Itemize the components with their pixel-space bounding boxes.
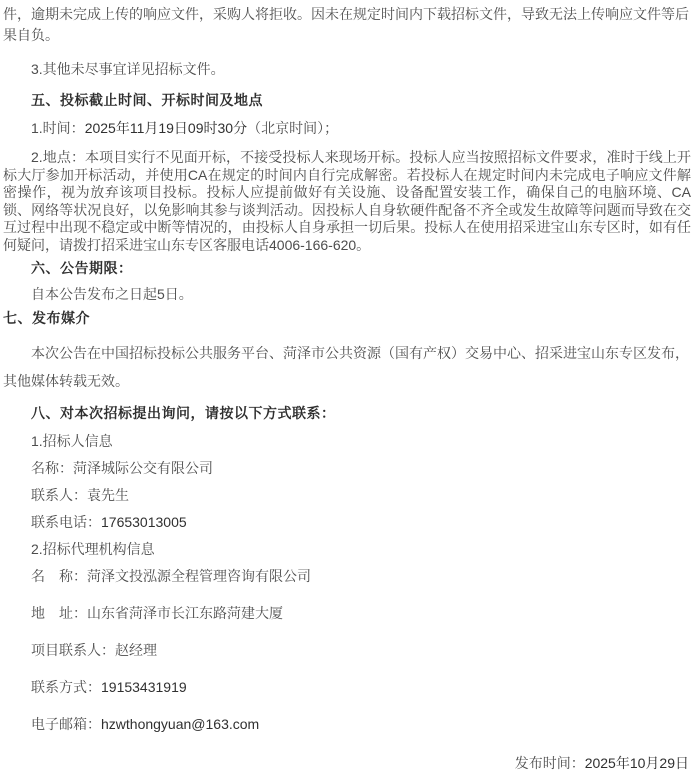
section-notice-period-heading: 六、公告期限： [3,258,691,279]
media-paragraph: 本次公告在中国招标投标公共服务平台、菏泽市公共资源（国有产权）交易中心、招采进宝… [3,339,691,395]
agency-contact-value: 赵经理 [115,642,157,658]
agency-phone-row: 联系方式：19153431919 [3,677,691,698]
intro-continuation-text: 件，逾期未完成上传的响应文件，采购人将拒收。因未在规定时间内下载招标文件，导致无… [3,4,691,46]
agency-name-row: 名 称：菏泽文投泓源全程管理咨询有限公司 [3,566,691,587]
tenderer-phone-row: 联系电话：17653013005 [3,512,691,533]
notice-period-text: 自本公告发布之日起5日。 [3,284,691,305]
tender-announcement-page: 件，逾期未完成上传的响应文件，采购人将拒收。因未在规定时间内下载招标文件，导致无… [0,0,697,780]
bid-time-value: 2025年11月19日09时30分 [85,120,247,136]
agency-contact-label: 项目联系人： [31,642,115,658]
agency-email-value: hzwthongyuan@163.com [101,716,259,732]
agency-address-row: 地 址：山东省菏泽市长江东路菏建大厦 [3,603,691,624]
section-contact-heading: 八、对本次招标提出询问，请按以下方式联系： [3,403,691,424]
tenderer-contact-value: 袁先生 [87,487,129,503]
publish-date-value: 2025年10月29日 [585,755,689,771]
tenderer-contact-row: 联系人：袁先生 [3,485,691,506]
publish-date-label: 发布时间： [515,755,585,771]
agency-name-label: 名 称： [31,568,87,584]
bid-deadline-time-line: 1.时间：2025年11月19日09时30分（北京时间）； [3,118,691,139]
agency-info-title: 2.招标代理机构信息 [3,539,691,560]
tenderer-name-label: 名称： [31,460,73,476]
agency-name-value: 菏泽文投泓源全程管理咨询有限公司 [87,568,311,584]
agency-address-value: 山东省菏泽市长江东路菏建大厦 [87,605,283,621]
agency-phone-value: 19153431919 [101,679,187,695]
other-matters-text: 3.其他未尽事宜详见招标文件。 [3,59,691,80]
tenderer-contact-label: 联系人： [31,487,87,503]
tenderer-info-title: 1.招标人信息 [3,431,691,452]
agency-contact-row: 项目联系人：赵经理 [3,640,691,661]
section-media-heading: 七、发布媒介 [3,308,691,329]
tenderer-phone-value: 17653013005 [101,514,187,530]
section-deadline-heading: 五、投标截止时间、开标时间及地点 [3,90,691,111]
bid-time-label: 1.时间： [31,120,85,136]
agency-address-label: 地 址： [31,605,87,621]
agency-email-row: 电子邮箱：hzwthongyuan@163.com [3,714,691,735]
tenderer-phone-label: 联系电话： [31,514,101,530]
agency-phone-label: 联系方式： [31,679,101,695]
bid-location-paragraph: 2.地点：本项目实行不见面开标，不接受投标人来现场开标。投标人应当按照招标文件要… [3,149,691,254]
tenderer-name-value: 菏泽城际公交有限公司 [73,460,213,476]
tenderer-name-row: 名称：菏泽城际公交有限公司 [3,458,691,479]
publish-date: 发布时间：2025年10月29日 [515,753,689,774]
bid-time-suffix: （北京时间）； [247,120,338,136]
agency-email-label: 电子邮箱： [31,716,101,732]
